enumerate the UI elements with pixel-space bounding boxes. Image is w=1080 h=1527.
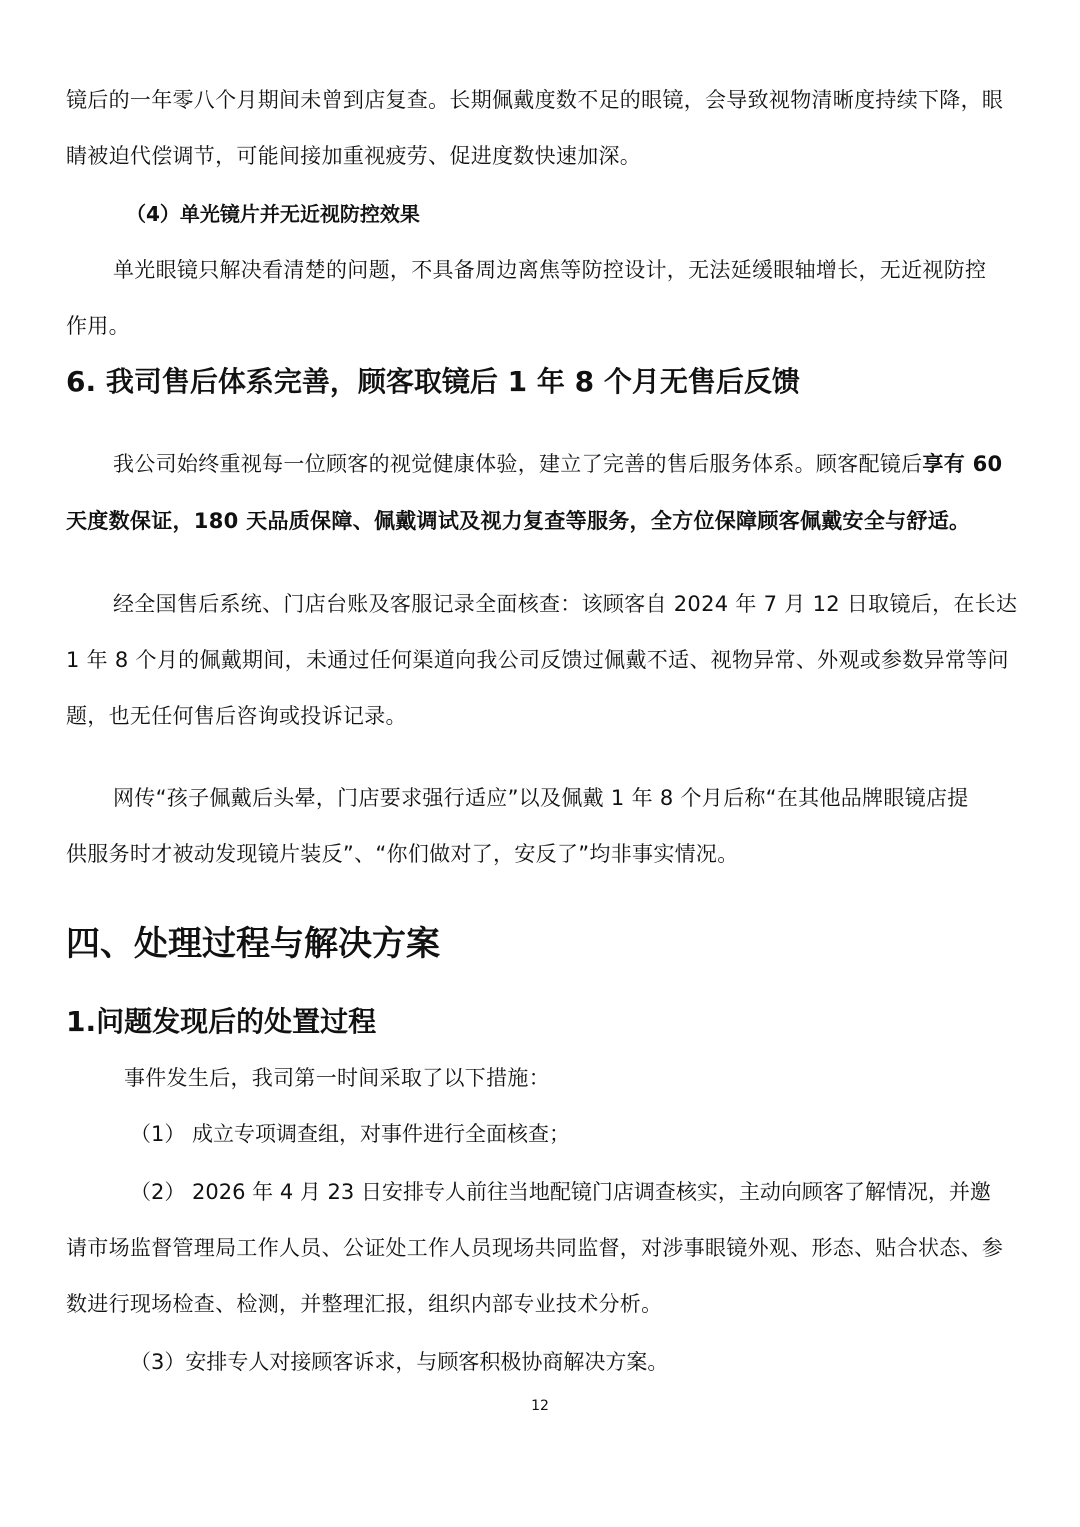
paragraph-line-bold: 天度数保证，180 天品质保障、佩戴调试及视力复查等服务，全方位保障顾客佩戴安全… bbox=[66, 505, 970, 535]
paragraph-line: 镜后的一年零八个月期间未曾到店复查。长期佩戴度数不足的眼镜，会导致视物清晰度持续… bbox=[66, 84, 1003, 114]
list-item-2-line: 数进行现场检查、检测，并整理汇报，组织内部专业技术分析。 bbox=[66, 1288, 662, 1318]
paragraph-line: 1 年 8 个月的佩戴期间，未通过任何渠道向我公司反馈过佩戴不适、视物异常、外观… bbox=[66, 644, 1009, 674]
list-item-2-line: （2） 2026 年 4 月 23 日安排专人前往当地配镜门店调查核实，主动向顾… bbox=[130, 1176, 991, 1206]
paragraph-line: 经全国售后系统、门店台账及客服记录全面核查：该顾客自 2024 年 7 月 12… bbox=[113, 588, 1017, 618]
paragraph-line: 题，也无任何售后咨询或投诉记录。 bbox=[66, 700, 407, 730]
paragraph-line: 单光眼镜只解决看清楚的问题，不具备周边离焦等防控设计，无法延缓眼轴增长，无近视防… bbox=[113, 254, 986, 284]
paragraph-line: 作用。 bbox=[66, 310, 130, 340]
paragraph-line: 网传“孩子佩戴后头晕，门店要求强行适应”以及佩戴 1 年 8 个月后称“在其他品… bbox=[113, 782, 969, 812]
text-normal: 我公司始终重视每一位顾客的视觉健康体验，建立了完善的售后服务体系。顾客配镜后 bbox=[113, 452, 922, 476]
text-bold: 享有 60 bbox=[922, 452, 1002, 476]
list-item-3: （3）安排专人对接顾客诉求，与顾客积极协商解决方案。 bbox=[130, 1346, 668, 1376]
page-number: 12 bbox=[0, 1398, 1080, 1414]
subheading-4: （4）单光镜片并无近视防控效果 bbox=[126, 198, 420, 227]
section-6-heading: 6. 我司售后体系完善，顾客取镜后 1 年 8 个月无售后反馈 bbox=[66, 360, 800, 400]
list-item-1: （1） 成立专项调查组，对事件进行全面核查； bbox=[130, 1118, 570, 1148]
list-item-2-line: 请市场监督管理局工作人员、公证处工作人员现场共同监督，对涉事眼镜外观、形态、贴合… bbox=[66, 1232, 1003, 1262]
paragraph-line: 睛被迫代偿调节，可能间接加重视疲劳、促进度数快速加深。 bbox=[66, 140, 641, 170]
paragraph-line: 我公司始终重视每一位顾客的视觉健康体验，建立了完善的售后服务体系。顾客配镜后享有… bbox=[113, 448, 1002, 478]
subsection-1-heading: 1.问题发现后的处置过程 bbox=[66, 1000, 376, 1040]
section-four-heading: 四、处理过程与解决方案 bbox=[66, 916, 440, 965]
intro-line: 事件发生后，我司第一时间采取了以下措施： bbox=[124, 1062, 550, 1092]
paragraph-line: 供服务时才被动发现镜片装反”、“你们做对了，安反了”均非事实情况。 bbox=[66, 838, 739, 868]
